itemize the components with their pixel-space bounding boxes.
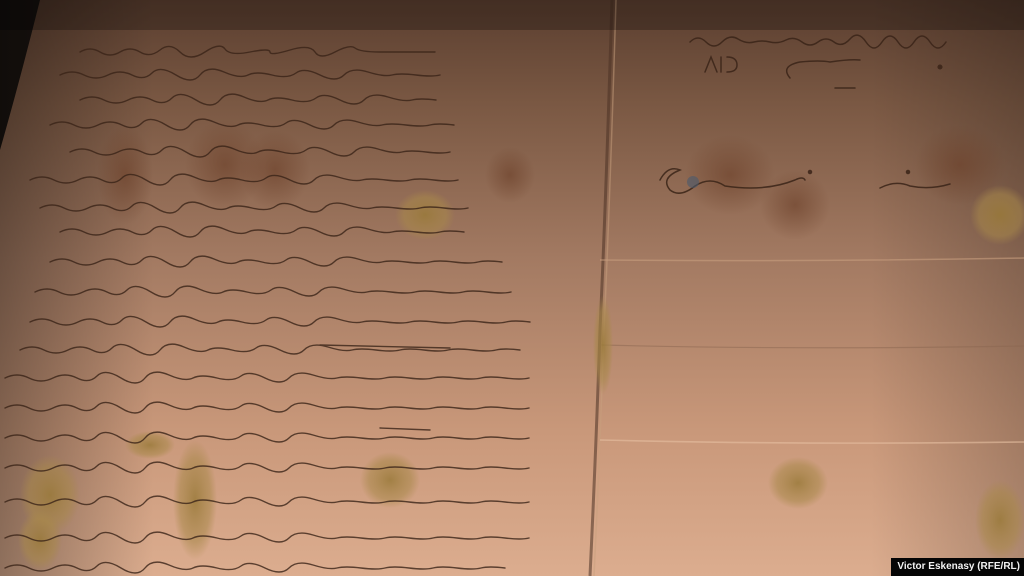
photo-credit: Victor Eskenasy (RFE/RL) [891,558,1024,576]
manuscript-illustration [0,0,1024,576]
manuscript-photo: Victor Eskenasy (RFE/RL) [0,0,1024,576]
